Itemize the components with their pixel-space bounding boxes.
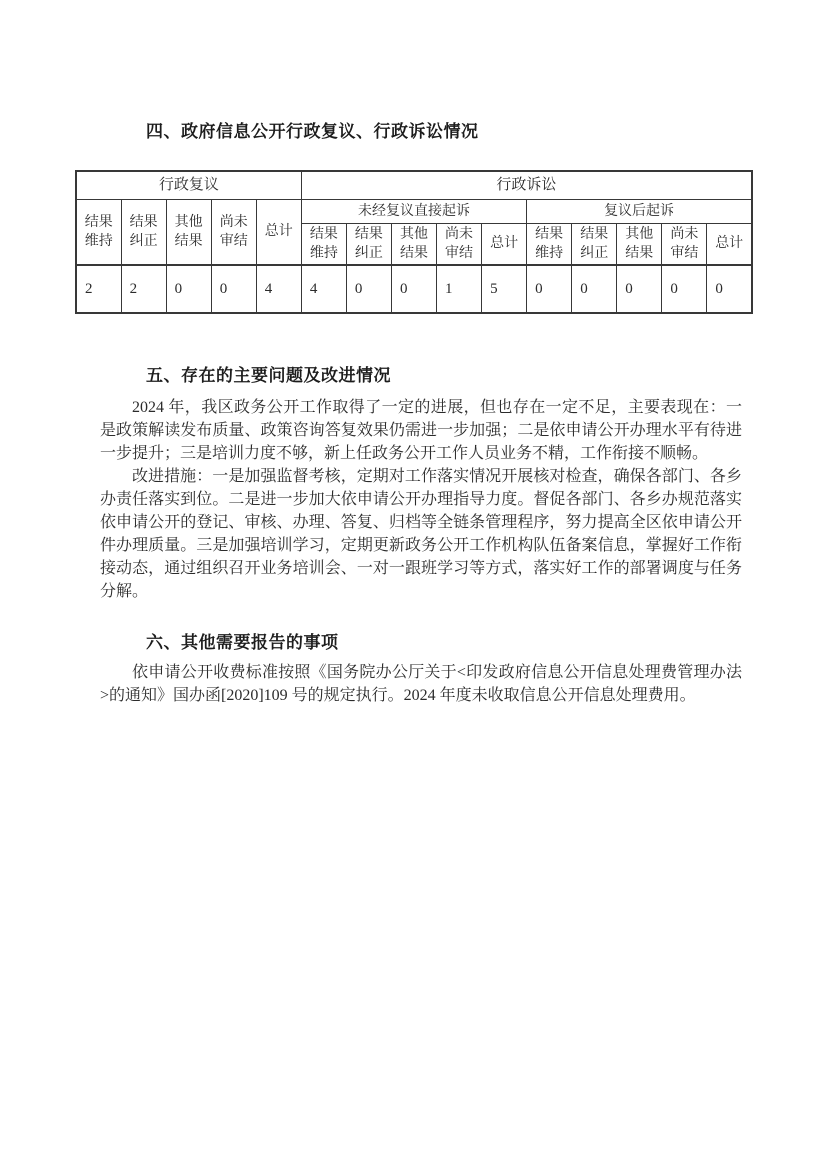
- col-header-review-corrected: 结果纠正: [121, 199, 166, 265]
- sub-header-post-review-suit: 复议后起诉: [527, 199, 752, 223]
- value-direct-upheld: 4: [301, 265, 346, 313]
- value-post-pending: 0: [662, 265, 707, 313]
- section-4-heading: 四、政府信息公开行政复议、行政诉讼情况: [146, 0, 742, 144]
- col-header-direct-pending: 尚未审结: [437, 223, 482, 265]
- col-header-review-pending: 尚未审结: [211, 199, 256, 265]
- col-header-direct-corrected: 结果纠正: [346, 223, 391, 265]
- value-direct-corrected: 0: [346, 265, 391, 313]
- value-review-corrected: 2: [121, 265, 166, 313]
- group-header-litigation: 行政诉讼: [301, 171, 752, 199]
- col-header-post-corrected: 结果纠正: [572, 223, 617, 265]
- value-review-total: 4: [256, 265, 301, 313]
- col-header-post-upheld: 结果维持: [527, 223, 572, 265]
- col-header-review-other: 其他结果: [166, 199, 211, 265]
- value-review-other: 0: [166, 265, 211, 313]
- value-post-corrected: 0: [572, 265, 617, 313]
- value-direct-other: 0: [391, 265, 436, 313]
- section-5-paragraph-1: 2024 年，我区政务公开工作取得了一定的进展，但也存在一定不足，主要表现在：一…: [100, 396, 742, 465]
- value-post-other: 0: [617, 265, 662, 313]
- value-post-total: 0: [707, 265, 752, 313]
- section-6-heading: 六、其他需要报告的事项: [146, 631, 742, 655]
- col-header-review-upheld: 结果维持: [76, 199, 121, 265]
- col-header-post-total: 总计: [707, 223, 752, 265]
- section-6-paragraph-1: 依申请公开收费标准按照《国务院办公厅关于<印发政府信息公开信息处理费管理办法>的…: [100, 661, 742, 707]
- group-header-review: 行政复议: [76, 171, 301, 199]
- report-page: 四、政府信息公开行政复议、行政诉讼情况 行政复议 行政诉讼 结果维持 结果纠正 …: [0, 0, 826, 1169]
- value-direct-total: 5: [482, 265, 527, 313]
- col-header-post-other: 其他结果: [617, 223, 662, 265]
- col-header-direct-other: 其他结果: [391, 223, 436, 265]
- sub-header-direct-suit: 未经复议直接起诉: [301, 199, 526, 223]
- value-post-upheld: 0: [527, 265, 572, 313]
- value-review-pending: 0: [211, 265, 256, 313]
- col-header-post-pending: 尚未审结: [662, 223, 707, 265]
- col-header-direct-total: 总计: [482, 223, 527, 265]
- col-header-direct-upheld: 结果维持: [301, 223, 346, 265]
- value-review-upheld: 2: [76, 265, 121, 313]
- report-content: 四、政府信息公开行政复议、行政诉讼情况 行政复议 行政诉讼 结果维持 结果纠正 …: [0, 0, 826, 707]
- section-5-paragraph-2: 改进措施：一是加强监督考核，定期对工作落实情况开展核对检查，确保各部门、各乡办责…: [100, 465, 742, 603]
- review-litigation-table: 行政复议 行政诉讼 结果维持 结果纠正 其他结果 尚未审结 总计 未经复议直接起…: [75, 170, 753, 314]
- section-5-heading: 五、存在的主要问题及改进情况: [146, 364, 742, 388]
- col-header-review-total: 总计: [256, 199, 301, 265]
- value-direct-pending: 1: [437, 265, 482, 313]
